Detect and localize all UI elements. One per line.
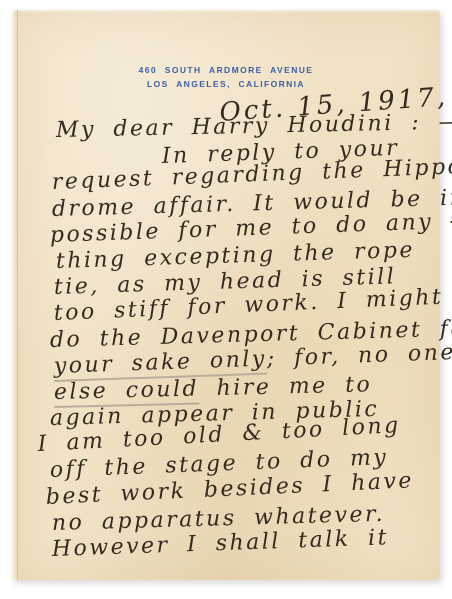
letterhead-address-line: 460 SOUTH ARDMORE AVENUE — [12, 64, 440, 78]
letter-body: My dear Harry Houdini : — In reply to yo… — [50, 118, 440, 563]
letter-paper: 460 SOUTH ARDMORE AVENUE LOS ANGELES, CA… — [12, 10, 440, 580]
letter-photo: 460 SOUTH ARDMORE AVENUE LOS ANGELES, CA… — [0, 0, 452, 599]
